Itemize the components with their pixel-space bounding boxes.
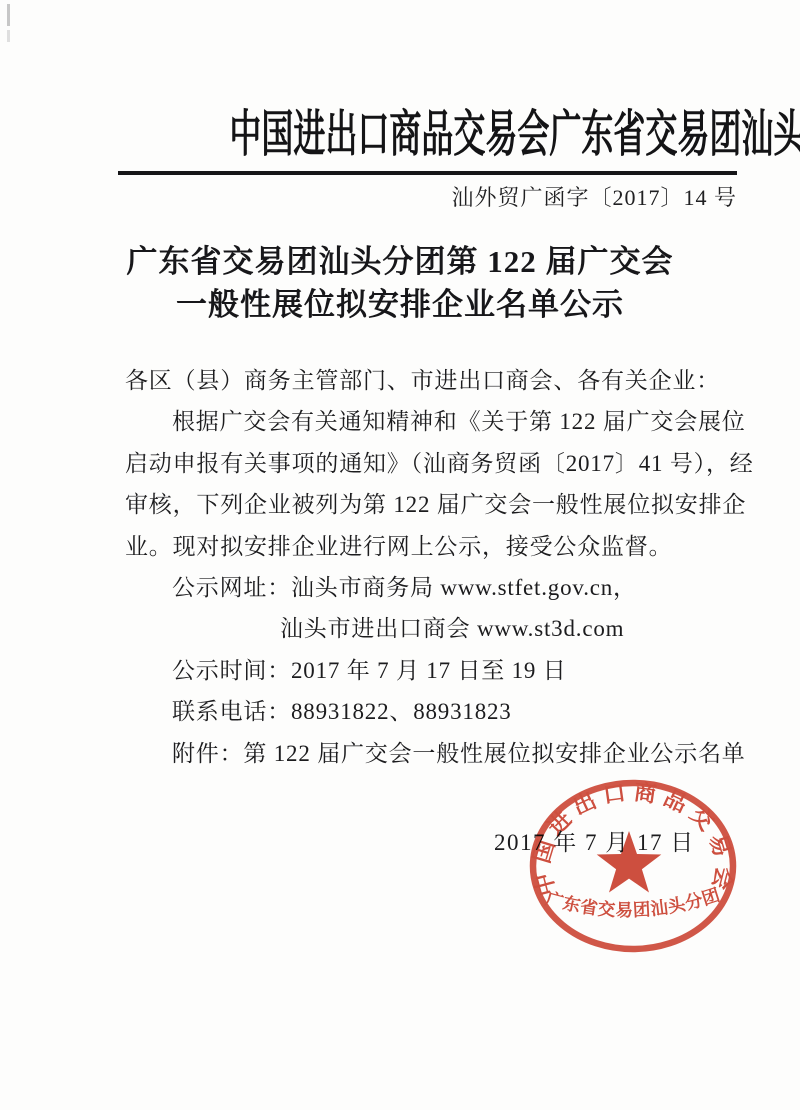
- scan-artifact: [7, 30, 10, 42]
- body-line: 启动申报有关事项的通知》（汕商务贸函〔2017〕41 号），经: [125, 443, 735, 484]
- scanned-official-document: 中国进出口商品交易会广东省交易团汕头分团 汕外贸广函字〔2017〕14 号 广东…: [0, 0, 800, 1110]
- body-line: 业。现对拟安排企业进行网上公示，接受公众监督。: [125, 526, 735, 567]
- body-line: 公示时间：2017 年 7 月 17 日至 19 日: [125, 650, 735, 691]
- header-rule: [118, 171, 737, 175]
- document-title-line-2: 一般性展位拟安排企业名单公示: [91, 283, 709, 326]
- body-line: 审核，下列企业被列为第 122 届广交会一般性展位拟安排企: [125, 484, 735, 525]
- doc-number: 汕外贸广函字〔2017〕14 号: [451, 181, 737, 212]
- body-line: 汕头市进出口商会 www.st3d.com: [125, 608, 735, 649]
- issuer-title: 中国进出口商品交易会广东省交易团汕头分团: [229, 100, 625, 168]
- body-line: 联系电话：88931822、88931823: [125, 691, 735, 732]
- body-line: 公示网址：汕头市商务局 www.stfet.gov.cn，: [125, 567, 735, 608]
- seal-bottom-text: 广东省交易团汕头分团: [544, 884, 723, 920]
- document-title: 广东省交易团汕头分团第 122 届广交会 一般性展位拟安排企业名单公示: [91, 240, 709, 326]
- seal-star-icon: [597, 831, 662, 893]
- body-line: 根据广交会有关通知精神和《关于第 122 届广交会展位: [125, 401, 735, 442]
- body-line: 各区（县）商务主管部门、市进出口商会、各有关企业：: [125, 360, 735, 401]
- official-seal: 中国进出口商品交易会 广东省交易团汕头分团: [516, 764, 750, 968]
- document-title-line-1: 广东省交易团汕头分团第 122 届广交会: [91, 240, 709, 283]
- scan-artifact: [7, 4, 10, 26]
- body-text: 各区（县）商务主管部门、市进出口商会、各有关企业： 根据广交会有关通知精神和《关…: [125, 360, 735, 774]
